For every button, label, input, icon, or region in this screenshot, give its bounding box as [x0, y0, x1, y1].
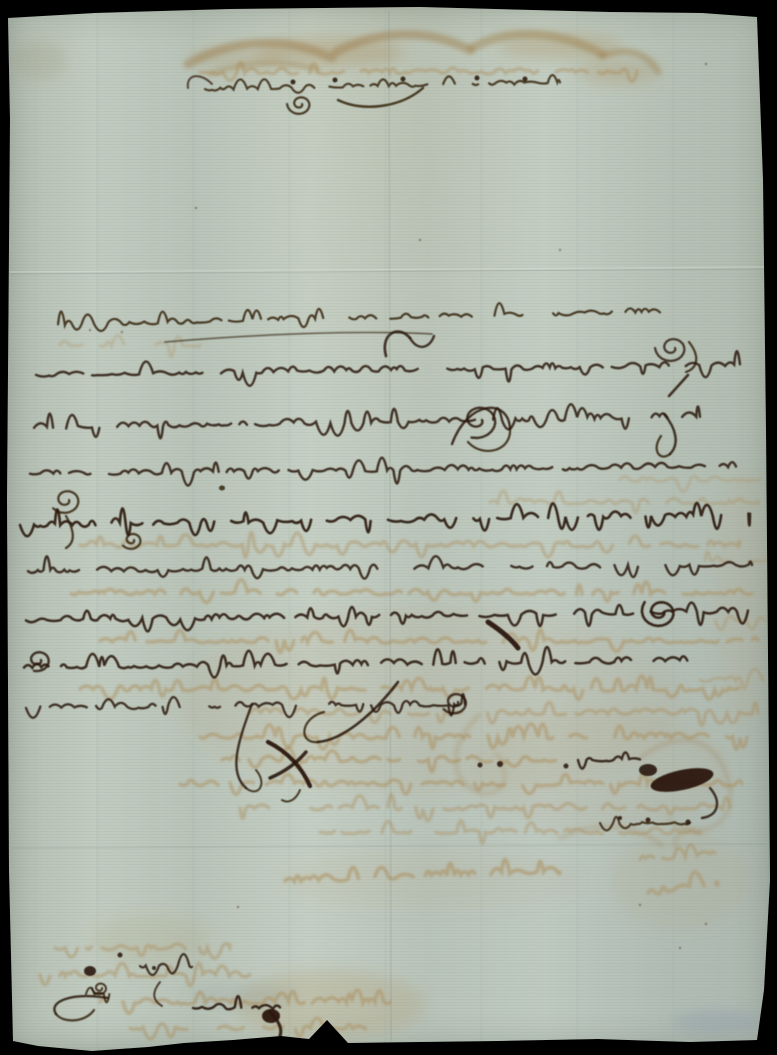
manuscript-page: [0, 0, 777, 1055]
handwriting-ink-layer: [0, 0, 777, 1055]
scanner-background: Scanned verso of an aged handwritten man…: [0, 0, 777, 1055]
